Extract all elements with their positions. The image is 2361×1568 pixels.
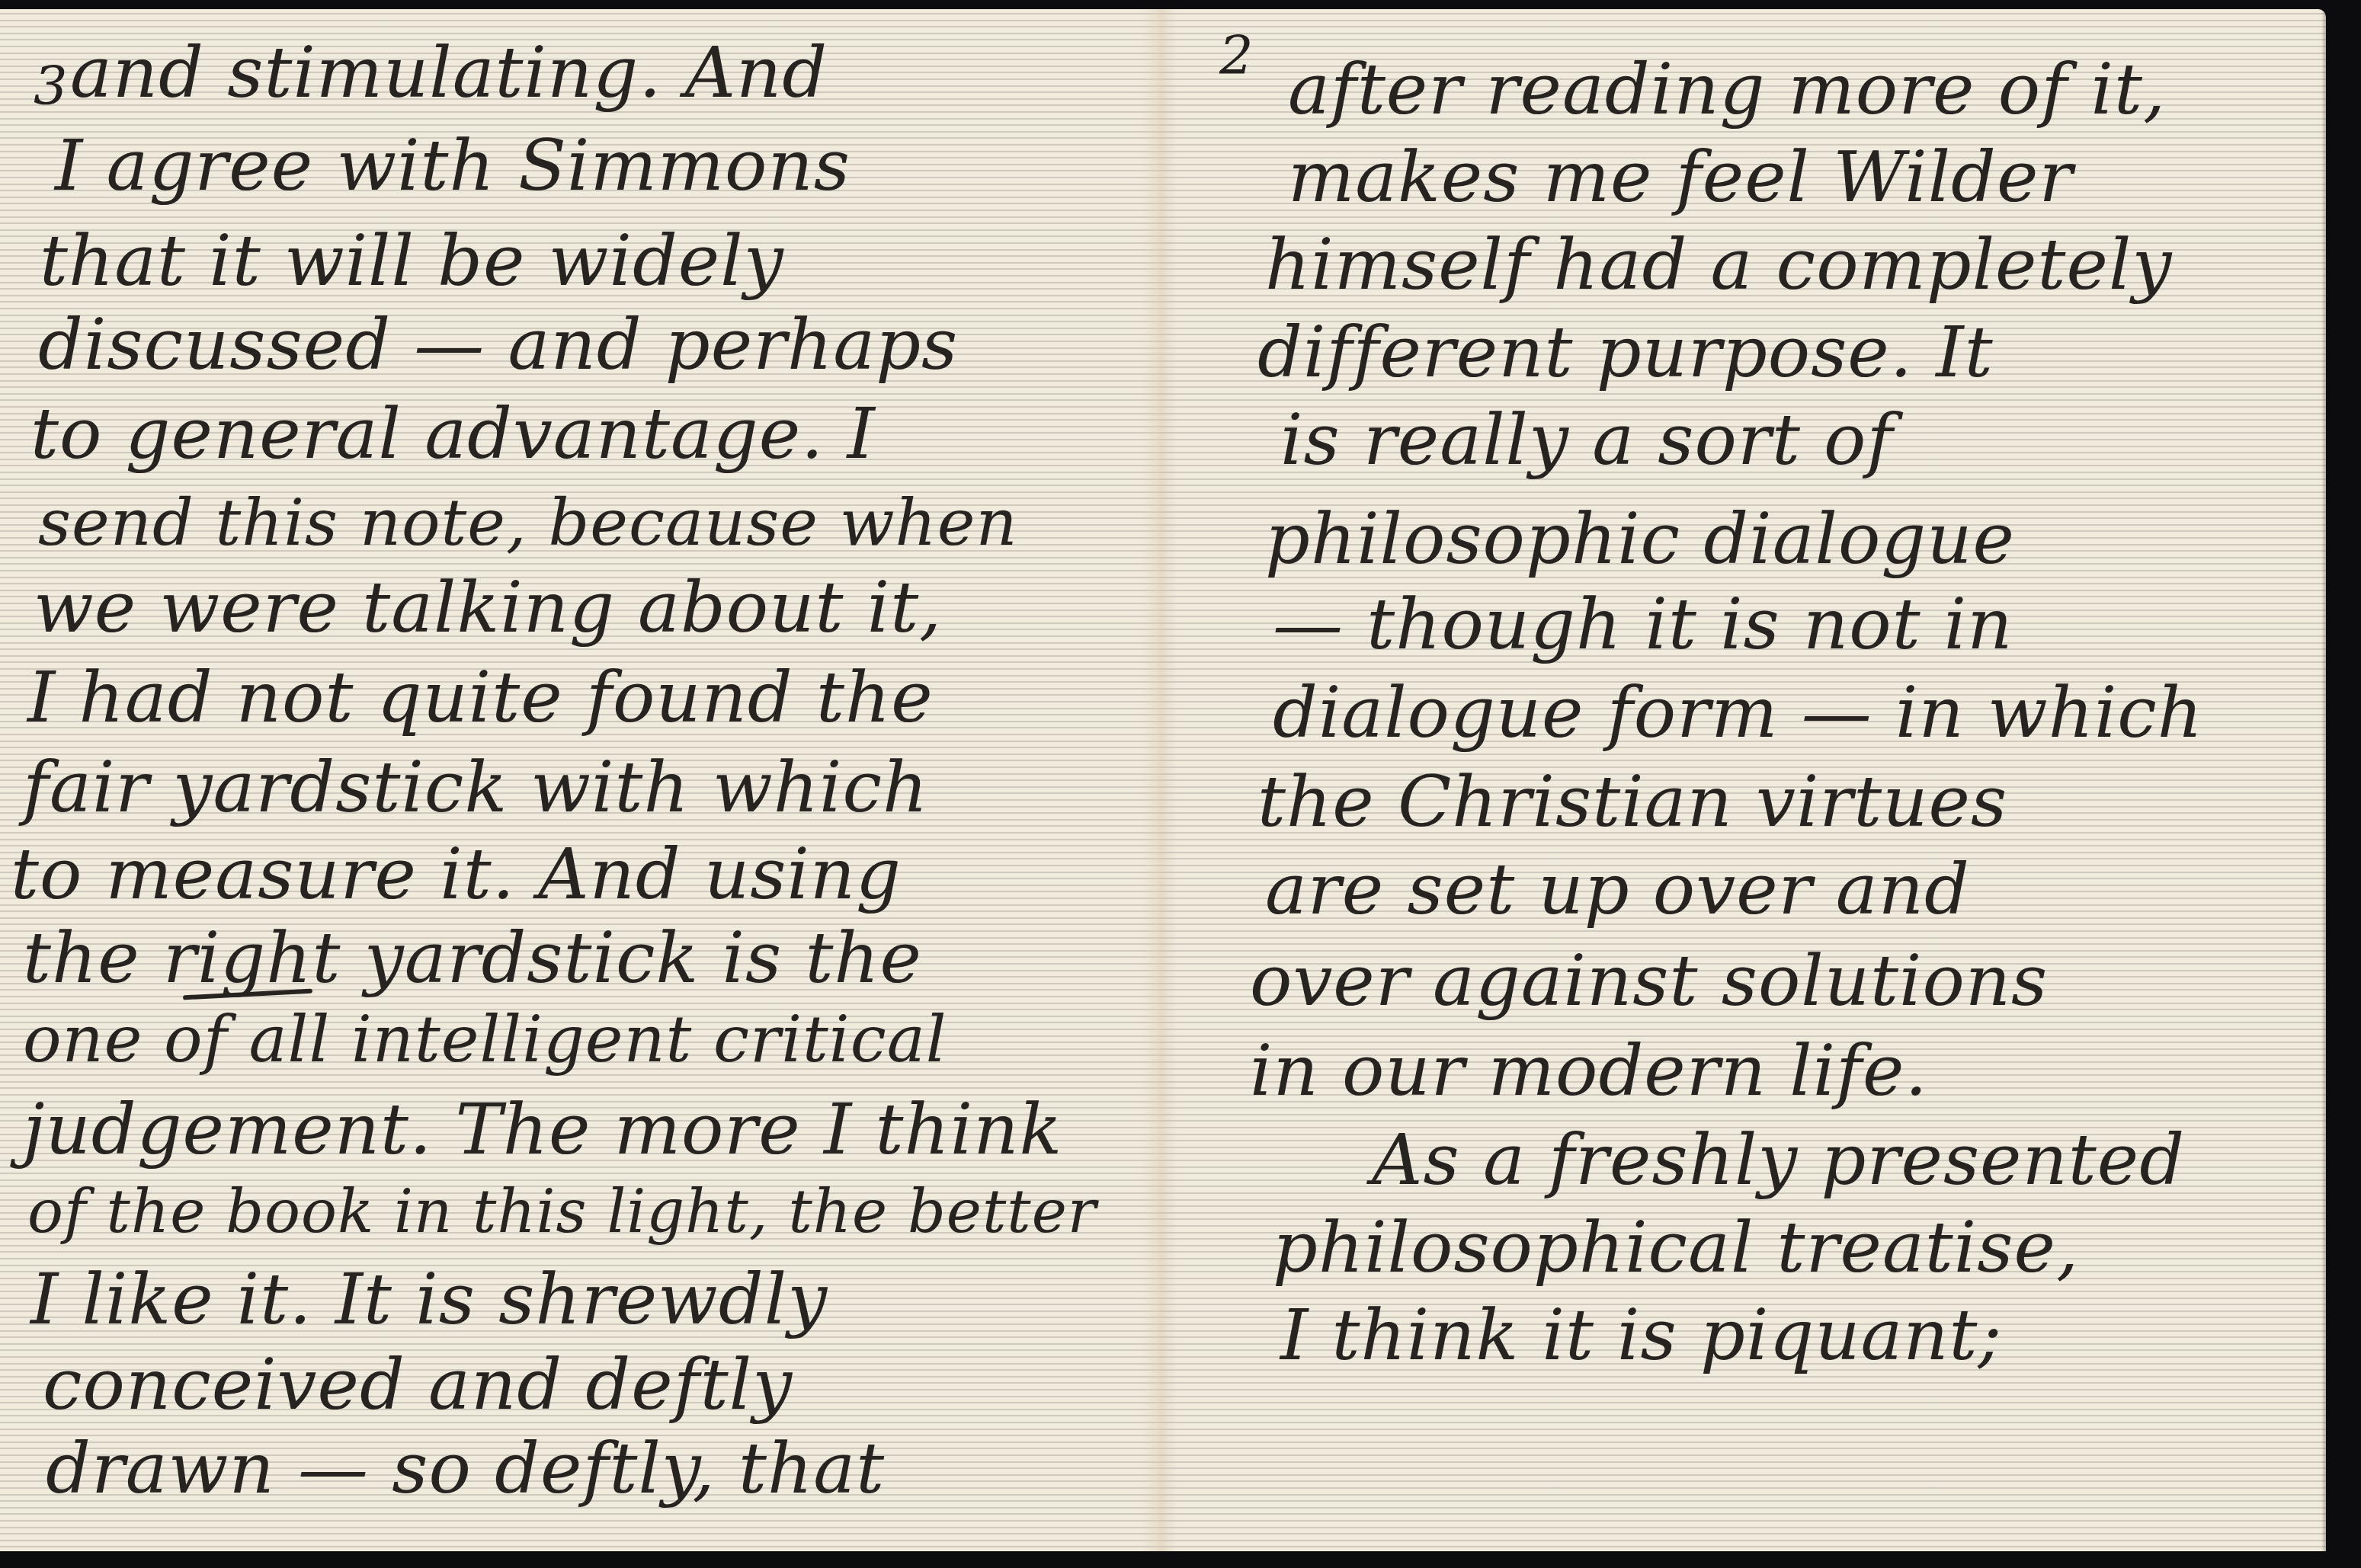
left-page: 3 and stimulating. And I agree with Simm… <box>0 9 1151 1551</box>
handwritten-line: the Christian virtues <box>1257 767 2007 837</box>
handwritten-line: himself had a completely <box>1265 230 2172 300</box>
handwritten-line: drawn — so deftly, that <box>46 1434 885 1504</box>
page-edge <box>2321 9 2326 1551</box>
handwritten-line: over against solutions <box>1250 946 2048 1016</box>
handwritten-line: to general advantage. I <box>30 399 876 469</box>
handwritten-line: I like it. It is shrewdly <box>30 1265 828 1335</box>
handwritten-line: after reading more of it, <box>1288 55 2166 125</box>
handwritten-line: of the book in this light, the better <box>27 1182 1097 1242</box>
handwritten-line: I think it is piquant; <box>1280 1301 2003 1371</box>
page-number: 2 <box>1219 24 1254 87</box>
handwritten-line: is really a sort of <box>1280 405 1894 475</box>
handwritten-line: we were talking about it, <box>34 573 942 643</box>
handwritten-line: conceived and deftly <box>43 1350 793 1420</box>
handwritten-line: As a freshly presented <box>1372 1125 2185 1195</box>
handwritten-line: send this note, because when <box>38 491 1018 555</box>
handwritten-line-with-underline: the right yardstick is the <box>23 923 922 994</box>
handwritten-line: and stimulating. And <box>70 38 828 108</box>
handwritten-line: I had not quite found the <box>27 663 934 733</box>
handwritten-line: philosophical treatise, <box>1273 1213 2079 1283</box>
handwritten-line: in our modern life. <box>1250 1036 1928 1106</box>
handwritten-line: fair yardstick with which <box>23 753 928 823</box>
handwritten-line: one of all intelligent critical <box>23 1007 947 1071</box>
handwritten-line: dialogue form — in which <box>1273 678 2203 748</box>
handwritten-line: philosophic dialogue <box>1265 504 2015 574</box>
handwritten-line: I agree with Simmons <box>55 131 851 201</box>
handwritten-line: — though it is not in <box>1273 590 2013 660</box>
handwritten-line: to measure it. And using <box>11 840 902 910</box>
handwritten-line: different purpose. It <box>1257 318 1994 388</box>
handwritten-line: are set up over and <box>1265 855 1970 925</box>
notebook-spread: 3 and stimulating. And I agree with Simm… <box>0 9 2326 1551</box>
handwritten-line: that it will be widely <box>40 226 784 296</box>
page-number: 3 <box>34 55 68 117</box>
handwritten-line: judgement. The more I think <box>23 1095 1062 1165</box>
handwritten-text: the right yardstick is the <box>23 917 922 999</box>
handwritten-line: makes me feel Wilder <box>1288 142 2073 213</box>
right-page: 2 after reading more of it, makes me fee… <box>1174 9 2326 1551</box>
handwritten-line: discussed — and perhaps <box>38 310 958 380</box>
